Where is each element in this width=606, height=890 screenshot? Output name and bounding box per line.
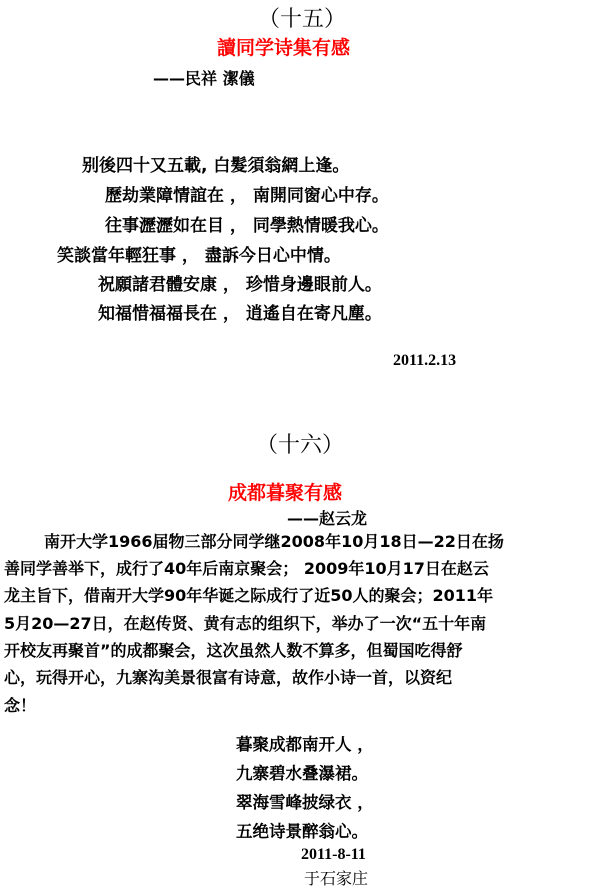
section-16-date: 2011-8-11	[301, 846, 366, 864]
section-16-author: ——赵云龙	[287, 506, 367, 529]
paragraph-line: 龙主旨下，借南开大学90年华诞之际成行了近50人的聚会；2011年	[4, 582, 493, 610]
poem-line: 暮聚成都南开人 ，	[236, 731, 374, 755]
paragraph-line: 善同学善举下，成行了40年后南京聚会； 2009年10月17日在赵云	[4, 555, 489, 583]
paragraph-line: 心，玩得开心，九寨沟美景很富有诗意，故作小诗一首，以资纪	[4, 664, 452, 692]
section-15-author: ——民祥 潔儀	[153, 66, 255, 89]
poem-line: 别後四十又五載, 白髮須翁網上逢。	[82, 151, 349, 176]
poem-line: 九寨碧水叠瀑裙。	[236, 760, 368, 784]
poem-line: 五绝诗景醉翁心。	[236, 818, 368, 842]
poem-line: 知福惜福福長在 ， 逍遙自在寄凡塵。	[98, 299, 382, 324]
section-16-place: 于石家庄	[304, 866, 368, 889]
section-16-title: 成都暮聚有感	[228, 478, 342, 505]
paragraph-line: 南开大学1966届物三部分同学继2008年10月18日—22日在扬	[44, 528, 504, 556]
poem-line: 翠海雪峰披绿衣 ，	[236, 789, 374, 813]
section-16-paragraph: 南开大学1966届物三部分同学继2008年10月18日—22日在扬 善同学善举下…	[4, 528, 604, 728]
paragraph-line: 5月20—27日，在赵传贤、黄有志的组织下，举办了一次“五十年南	[4, 610, 486, 638]
poem-line: 祝願諸君體安康 ， 珍惜身邊眼前人。	[98, 270, 382, 295]
section-16-number: （十六）	[256, 428, 344, 459]
paragraph-line: 念！	[4, 692, 36, 720]
section-15-title: 讀同学诗集有感	[217, 33, 350, 60]
paragraph-line: 开校友再聚首”的成都聚会，这次虽然人数不算多，但蜀国吃得舒	[4, 637, 463, 665]
poem-line: 往事瀝瀝如在目 ， 同學熱情暖我心。	[105, 211, 389, 236]
section-15-number: （十五）	[258, 2, 346, 33]
section-15-date: 2011.2.13	[393, 352, 456, 370]
poem-line: 歷劫業障情誼在 ， 南開同窗心中存。	[105, 181, 389, 206]
poem-line: 笑談當年輕狂事 ， 盡訴今日心中情。	[57, 241, 341, 266]
